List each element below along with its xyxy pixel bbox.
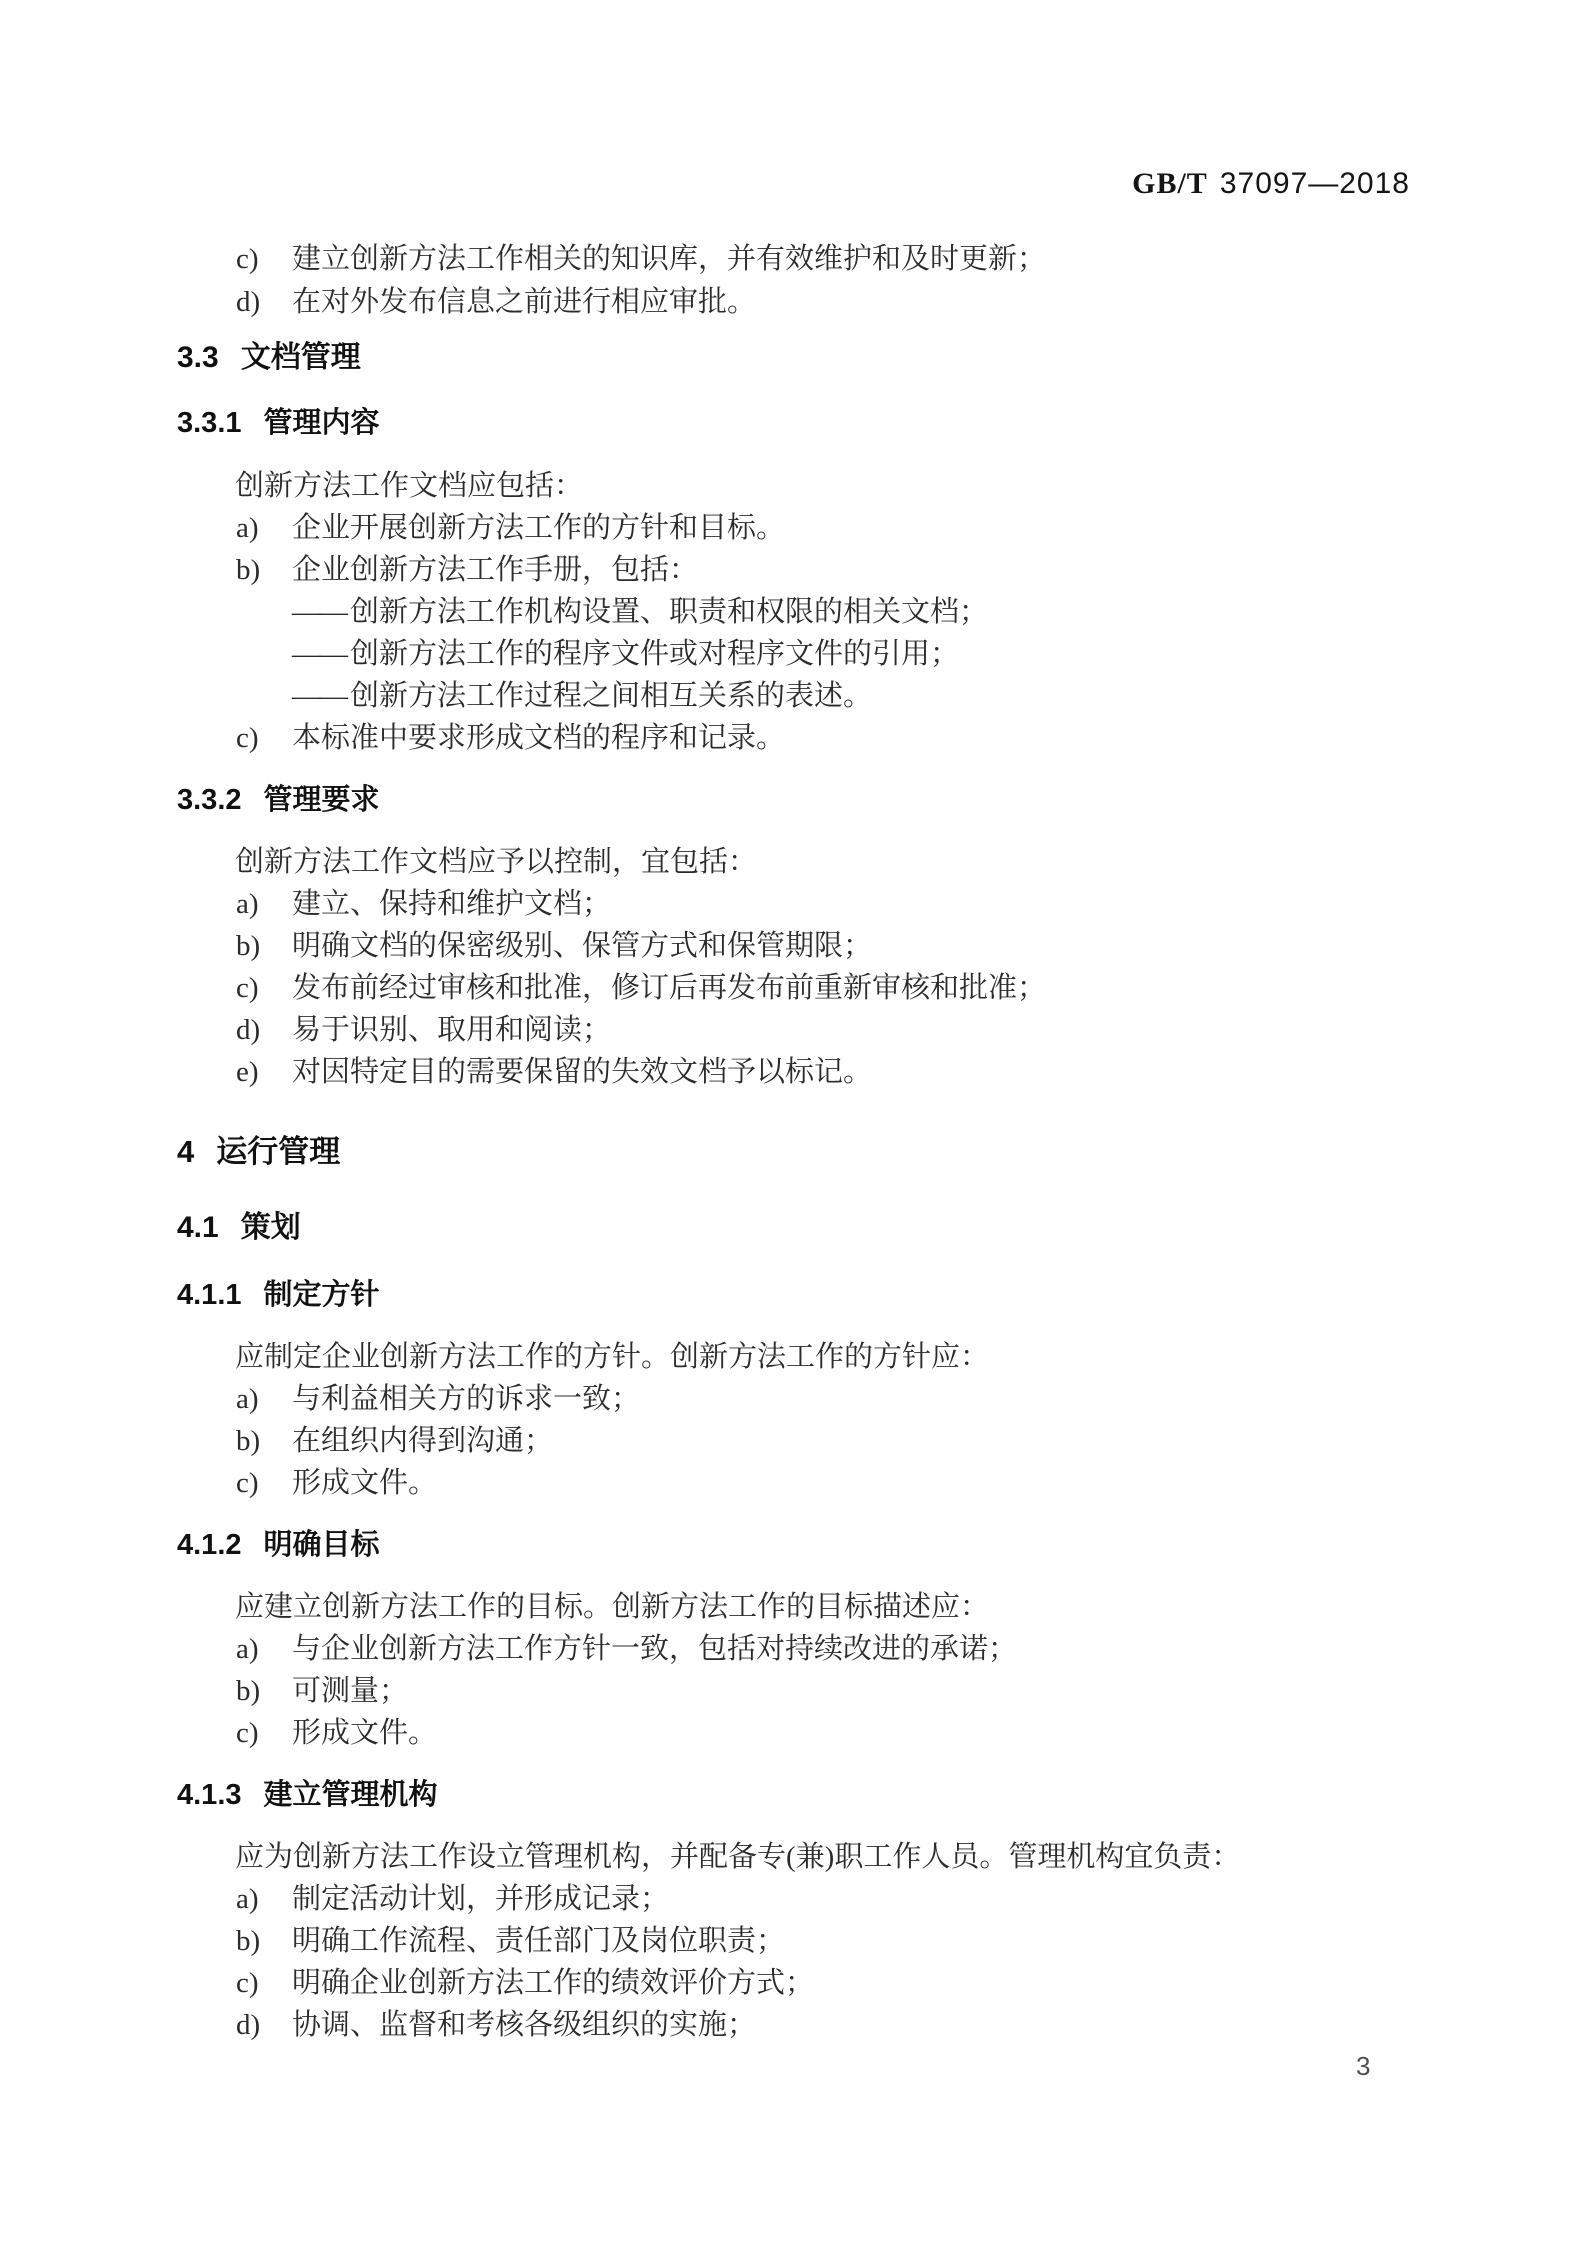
list-item-text: 协调、监督和考核各级组织的实施； — [292, 2009, 756, 2041]
list-item-label: a) — [236, 1881, 292, 1917]
clause-number: 4.1.1 — [177, 1277, 242, 1313]
clause-title: 文档管理 — [241, 341, 361, 374]
clause-heading-4-1-2: 4.1.2明确目标 — [177, 1527, 380, 1563]
dash-list-item: ——创新方法工作的程序文件或对程序文件的引用； — [292, 636, 959, 672]
list-item-label: c) — [236, 1465, 292, 1501]
paragraph: 创新方法工作文档应予以控制，宜包括： — [235, 844, 757, 880]
list-item-label: c) — [236, 1715, 292, 1751]
clause-number: 4.1 — [177, 1210, 219, 1246]
clause-title: 管理内容 — [264, 407, 380, 439]
list-item-text: 对因特定目的需要保留的失效文档予以标记。 — [292, 1056, 872, 1088]
clause-title: 制定方针 — [264, 1279, 380, 1311]
dash-item-text: 创新方法工作过程之间相互关系的表述。 — [350, 680, 872, 712]
clause-heading-4-1-3: 4.1.3建立管理机构 — [177, 1777, 438, 1813]
list-item: b)企业创新方法工作手册，包括： — [236, 552, 698, 588]
dash-item-text: 创新方法工作机构设置、职责和权限的相关文档； — [350, 596, 988, 628]
clause-heading-4: 4运行管理 — [177, 1134, 340, 1170]
list-item: a)与利益相关方的诉求一致； — [236, 1381, 640, 1417]
list-item-text: 在组织内得到沟通； — [292, 1425, 553, 1457]
clause-heading-4-1: 4.1策划 — [177, 1210, 301, 1246]
list-item: a)制定活动计划，并形成记录； — [236, 1881, 669, 1917]
list-item-text: 本标准中要求形成文档的程序和记录。 — [292, 722, 785, 754]
list-item: d)协调、监督和考核各级组织的实施； — [236, 2007, 756, 2043]
clause-title: 明确目标 — [264, 1529, 380, 1561]
paragraph: 创新方法工作文档应包括： — [235, 468, 583, 504]
list-item: a)与企业创新方法工作方针一致，包括对持续改进的承诺； — [236, 1631, 1017, 1667]
dash-marker: —— — [292, 680, 346, 712]
list-item: a)建立、保持和维护文档； — [236, 886, 611, 922]
list-item-label: b) — [236, 928, 292, 964]
paragraph: 应建立创新方法工作的目标。创新方法工作的目标描述应： — [235, 1589, 989, 1625]
list-item-text: 企业开展创新方法工作的方针和目标。 — [292, 512, 785, 544]
standard-code-number: 37097—2018 — [1220, 167, 1410, 200]
list-item-label: b) — [236, 1673, 292, 1709]
list-item-label: e) — [236, 1054, 292, 1090]
list-item-text: 与利益相关方的诉求一致； — [292, 1383, 640, 1415]
list-item-label: a) — [236, 510, 292, 546]
list-item-label: b) — [236, 552, 292, 588]
page-number: 3 — [1356, 2048, 1370, 2084]
list-item-text: 发布前经过审核和批准，修订后再发布前重新审核和批准； — [292, 972, 1046, 1004]
list-item-label: d) — [236, 1012, 292, 1048]
clause-number: 3.3.1 — [177, 405, 242, 441]
dash-item-text: 创新方法工作的程序文件或对程序文件的引用； — [350, 638, 959, 670]
list-item: b)明确工作流程、责任部门及岗位职责； — [236, 1923, 785, 1959]
list-item: b)明确文档的保密级别、保管方式和保管期限； — [236, 928, 872, 964]
clause-number: 3.3 — [177, 340, 219, 376]
clause-title: 建立管理机构 — [264, 1779, 438, 1811]
list-item: b)在组织内得到沟通； — [236, 1423, 553, 1459]
clause-heading-3-3: 3.3文档管理 — [177, 340, 361, 376]
clause-title: 运行管理 — [216, 1134, 340, 1169]
list-item-text: 建立创新方法工作相关的知识库，并有效维护和及时更新； — [292, 243, 1046, 275]
list-item-text: 形成文件。 — [292, 1717, 437, 1749]
list-item-text: 建立、保持和维护文档； — [292, 888, 611, 920]
list-item-text: 明确文档的保密级别、保管方式和保管期限； — [292, 930, 872, 962]
paragraph: 应为创新方法工作设立管理机构，并配备专(兼)职工作人员。管理机构宜负责： — [235, 1839, 1240, 1875]
list-item-label: d) — [236, 2007, 292, 2043]
list-item-label: c) — [236, 970, 292, 1006]
clause-heading-4-1-1: 4.1.1制定方针 — [177, 1277, 380, 1313]
list-item-label: d) — [236, 284, 292, 320]
list-item: d)易于识别、取用和阅读； — [236, 1012, 611, 1048]
paragraph: 应制定企业创新方法工作的方针。创新方法工作的方针应： — [235, 1339, 989, 1375]
list-item: e)对因特定目的需要保留的失效文档予以标记。 — [236, 1054, 872, 1090]
list-item: c)形成文件。 — [236, 1465, 437, 1501]
list-item-label: c) — [236, 241, 292, 277]
list-item-text: 易于识别、取用和阅读； — [292, 1014, 611, 1046]
clause-heading-3-3-2: 3.3.2管理要求 — [177, 782, 380, 818]
list-item-text: 在对外发布信息之前进行相应审批。 — [292, 286, 756, 318]
clause-title: 管理要求 — [264, 784, 380, 816]
clause-heading-3-3-1: 3.3.1管理内容 — [177, 405, 380, 441]
list-item-label: c) — [236, 720, 292, 756]
list-item-text: 形成文件。 — [292, 1467, 437, 1499]
document-page: GB/T37097—2018 c)建立创新方法工作相关的知识库，并有效维护和及时… — [0, 0, 1587, 2243]
dash-marker: —— — [292, 596, 346, 628]
list-item-label: a) — [236, 1381, 292, 1417]
dash-marker: —— — [292, 638, 346, 670]
list-item-text: 制定活动计划，并形成记录； — [292, 1883, 669, 1915]
standard-code: GB/T37097—2018 — [1132, 166, 1410, 202]
list-item: c)本标准中要求形成文档的程序和记录。 — [236, 720, 785, 756]
list-item-label: b) — [236, 1923, 292, 1959]
dash-list-item: ——创新方法工作机构设置、职责和权限的相关文档； — [292, 594, 988, 630]
list-item: d)在对外发布信息之前进行相应审批。 — [236, 284, 756, 320]
list-item: c)形成文件。 — [236, 1715, 437, 1751]
list-item: c)建立创新方法工作相关的知识库，并有效维护和及时更新； — [236, 241, 1046, 277]
list-item-text: 企业创新方法工作手册，包括： — [292, 554, 698, 586]
list-item: a)企业开展创新方法工作的方针和目标。 — [236, 510, 785, 546]
list-item: c)明确企业创新方法工作的绩效评价方式； — [236, 1965, 814, 2001]
clause-number: 3.3.2 — [177, 782, 242, 818]
dash-list-item: ——创新方法工作过程之间相互关系的表述。 — [292, 678, 872, 714]
clause-number: 4.1.2 — [177, 1527, 242, 1563]
list-item-label: a) — [236, 886, 292, 922]
list-item-text: 与企业创新方法工作方针一致，包括对持续改进的承诺； — [292, 1633, 1017, 1665]
list-item-label: c) — [236, 1965, 292, 2001]
clause-title: 策划 — [241, 1211, 301, 1244]
list-item-text: 可测量； — [292, 1675, 408, 1707]
list-item-label: b) — [236, 1423, 292, 1459]
clause-number: 4 — [177, 1134, 194, 1170]
standard-code-prefix: GB/T — [1132, 167, 1208, 200]
list-item-label: a) — [236, 1631, 292, 1667]
list-item-text: 明确工作流程、责任部门及岗位职责； — [292, 1925, 785, 1957]
clause-number: 4.1.3 — [177, 1777, 242, 1813]
list-item: b)可测量； — [236, 1673, 408, 1709]
list-item-text: 明确企业创新方法工作的绩效评价方式； — [292, 1967, 814, 1999]
list-item: c)发布前经过审核和批准，修订后再发布前重新审核和批准； — [236, 970, 1046, 1006]
